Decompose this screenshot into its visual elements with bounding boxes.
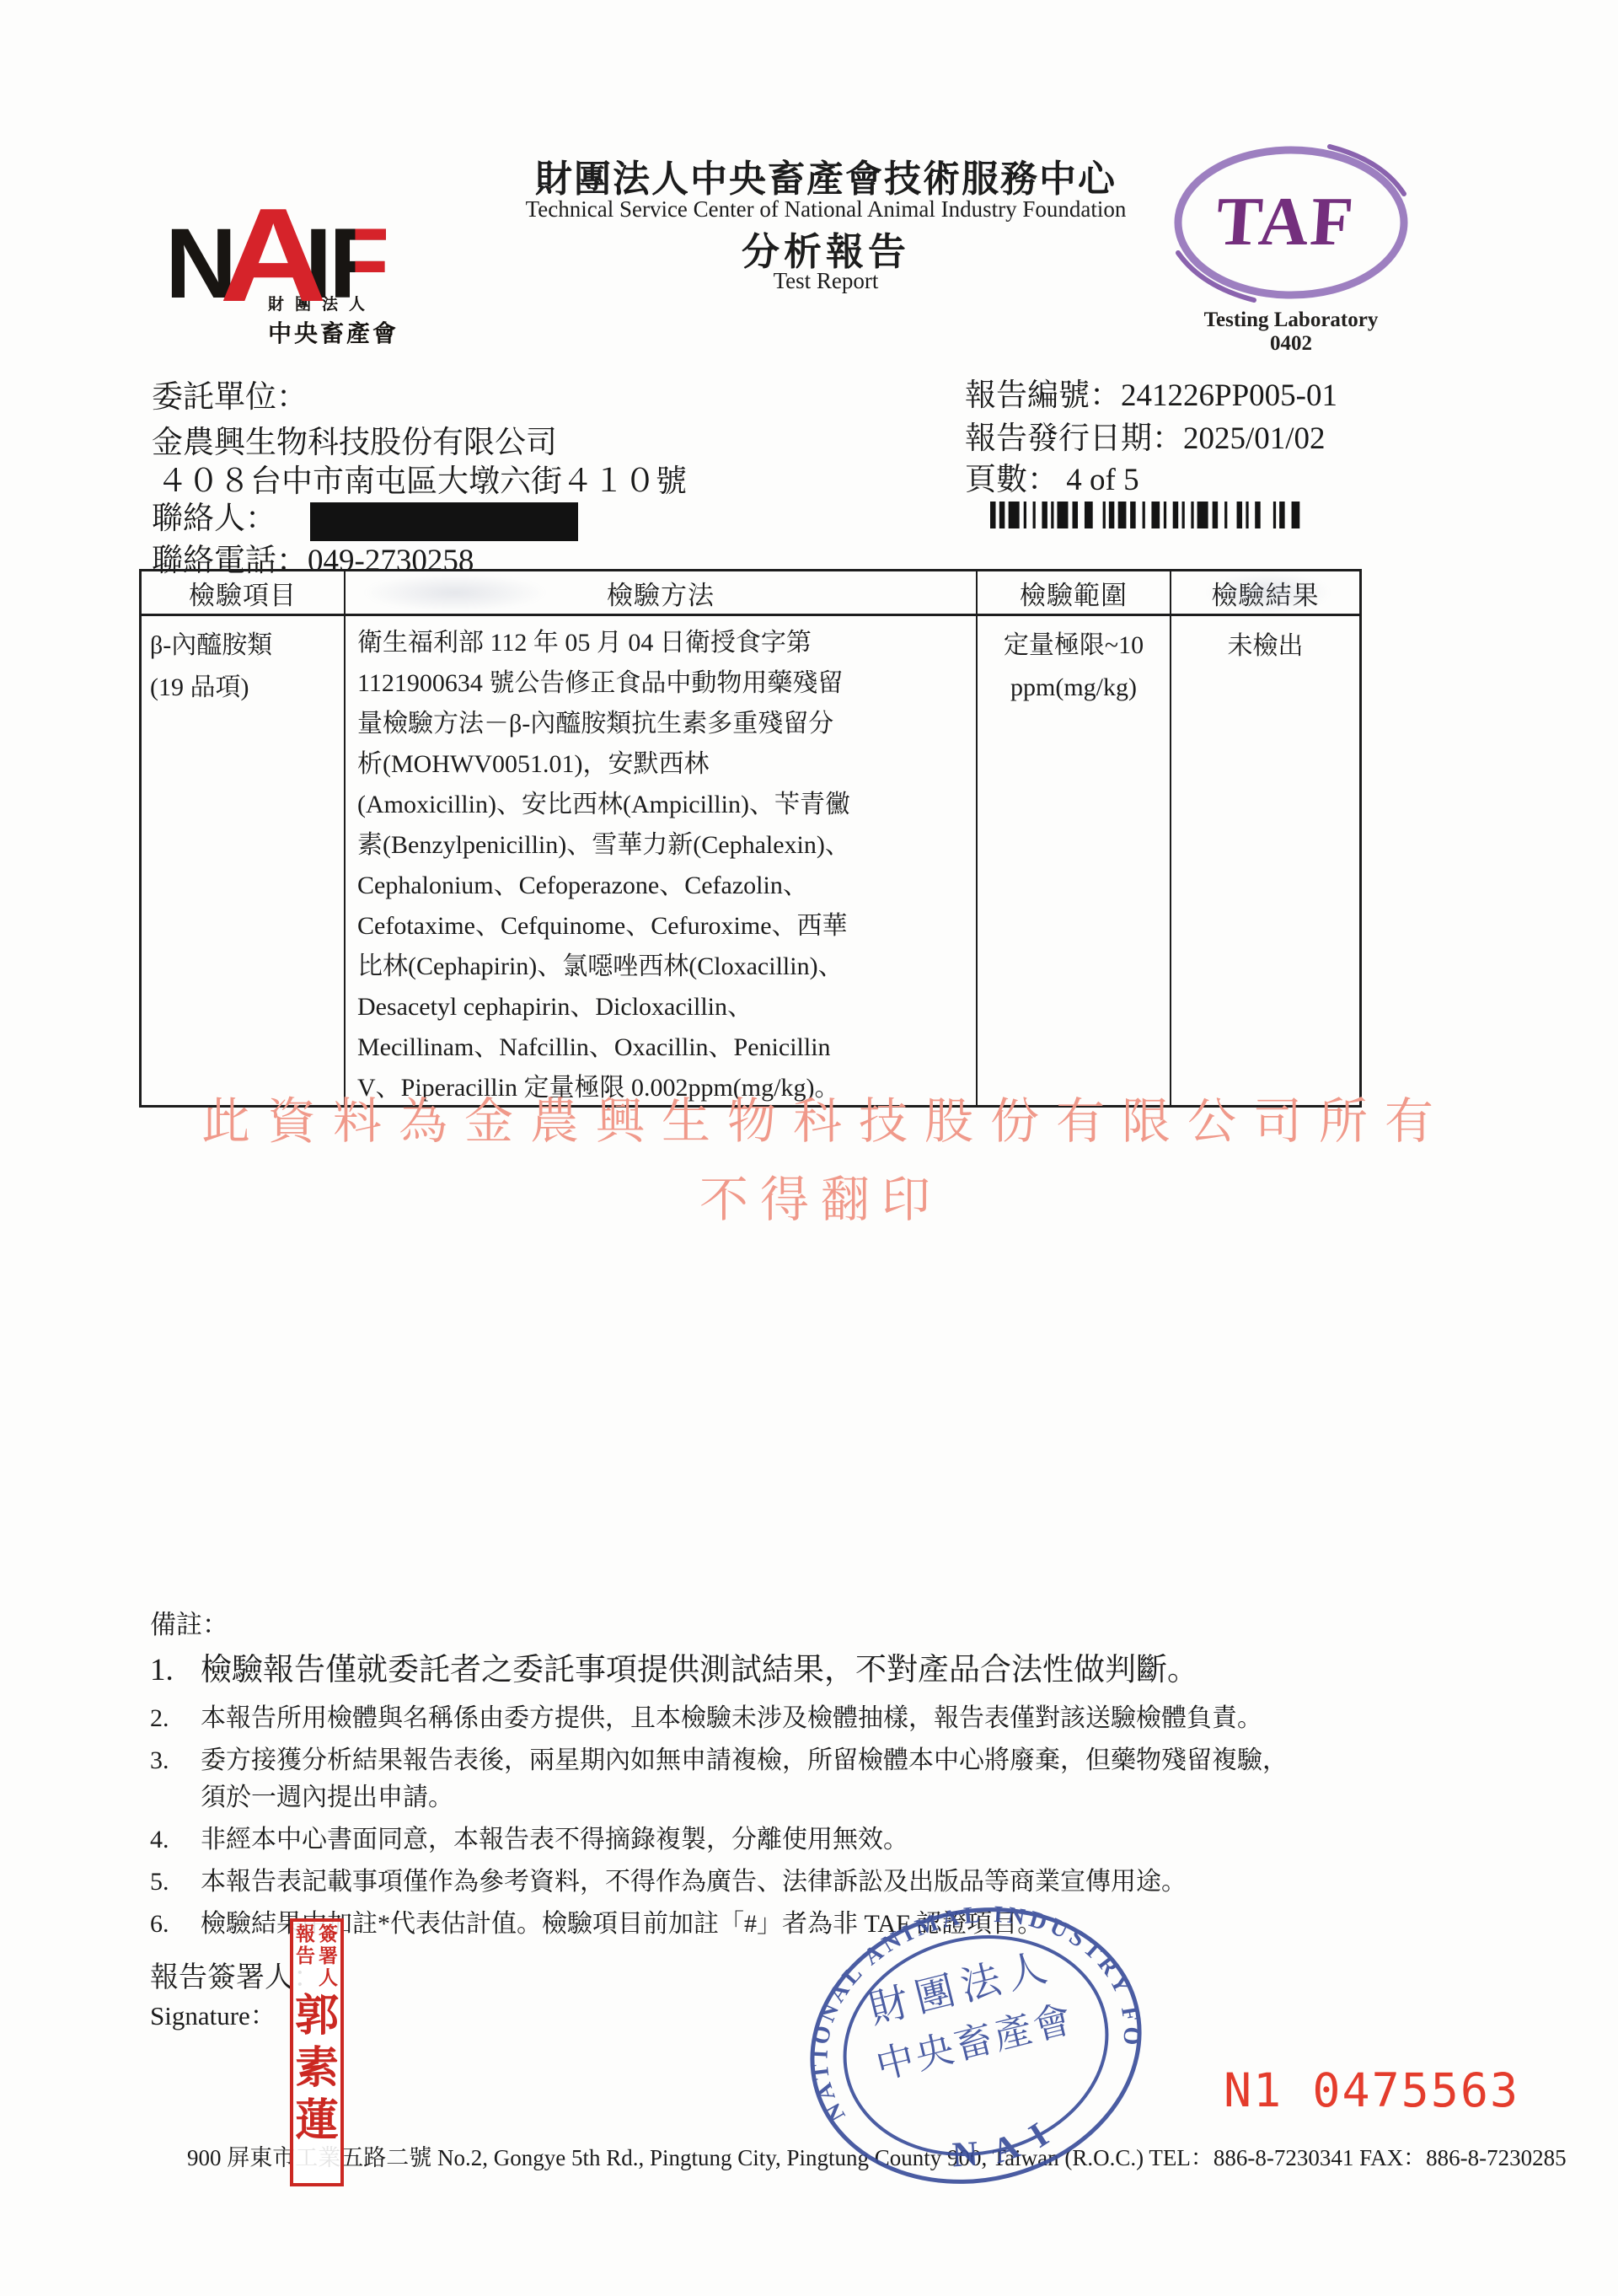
foundation-seal: NATIONAL ANIMAL INDUSTRY FOUNDATION NAIF… [782,1890,1173,2213]
signer-stamp-name: 郭素蓮 [293,1991,340,2148]
header-test-range: 檢驗範圍 [978,571,1171,616]
taf-logo: TAF Testing Laboratory 0402 [1165,142,1417,356]
naif-letter-a: A [220,189,324,322]
seal-ring-text: NATIONAL ANIMAL INDUSTRY FOUNDATION [782,1890,1152,2138]
note-number: 5. [150,1864,201,1901]
page-count-line: 頁數： 4 of 5 [965,453,1139,499]
barcode [990,502,1304,528]
stamp-col-right: 簽署人 [319,1923,338,1989]
header-test-method: 檢驗方法 [346,571,978,616]
taf-logo-ellipse: TAF [1165,142,1417,307]
report-title-en: Test Report [371,268,1281,294]
contact-person-label: 聯絡人： [152,502,276,536]
signer-stamp: 簽署人 報告 郭素蓮 [290,1918,344,2186]
taf-label: Testing Laboratory [1165,308,1417,332]
cell-test-range: 定量極限~10 ppm(mg/kg) [978,616,1171,1105]
serial-number: N1 0475563 [1224,2063,1519,2117]
note-text: 委方接獲分析結果報告表後，兩星期內如無申請複檢，所留檢體本中心將廢棄，但藥物殘留… [201,1742,1288,1816]
watermark-line2: 不得翻印 [0,1160,1618,1231]
note-text: 檢驗報告僅就委託者之委託事項提供測試結果，不對產品合法性做判斷。 [201,1651,1198,1690]
note-number: 1. [150,1651,201,1690]
org-title-zh: 財團法人中央畜產會技術服務中心 [371,148,1281,202]
org-title-en: Technical Service Center of National Ani… [371,196,1281,223]
note-item-4: 4. 非經本中心書面同意，本報告表不得摘錄複製，分離使用無效。 [150,1821,1498,1859]
note-text: 本報告所用檢體與名稱係由委方提供，且本檢驗未涉及檢體抽樣，報告表僅對該送驗檢體負… [201,1700,1262,1737]
cell-test-item: β-內醯胺類 (19 品項) [142,616,346,1105]
test-item-count: (19 品項) [150,667,339,709]
stamp-col-left: 報告 [296,1923,315,1989]
test-range-line1: 定量極限~10 [981,625,1166,667]
signer-stamp-title: 簽署人 報告 [293,1922,340,1991]
test-range-line2: ppm(mg/kg) [981,667,1166,709]
contact-person-line: 聯絡人： [152,492,578,541]
header-test-result: 檢驗結果 [1171,571,1359,616]
header-test-item: 檢驗項目 [142,571,346,616]
taf-letters: TAF [1213,183,1357,260]
test-item-name: β-內醯胺類 [150,625,339,667]
cell-test-result: 未檢出 [1171,616,1359,1105]
issue-date-line: 報告發行日期：2025/01/02 [965,412,1326,458]
note-number: 2. [150,1700,201,1737]
signer-label-en: Signature： [150,1994,276,2032]
results-table: 檢驗項目 檢驗方法 檢驗範圍 檢驗結果 β-內醯胺類 (19 品項) 衛生福利部… [139,569,1362,1108]
note-item-1: 1. 檢驗報告僅就委託者之委託事項提供測試結果，不對產品合法性做判斷。 [150,1651,1498,1690]
note-number: 6. [150,1906,201,1943]
note-text: 非經本中心書面同意，本報告表不得摘錄複製，分離使用無效。 [201,1821,908,1859]
client-label: 委託單位： [152,371,308,416]
table-header-row: 檢驗項目 檢驗方法 檢驗範圍 檢驗結果 [142,571,1359,616]
taf-number: 0402 [1165,332,1417,356]
note-number: 4. [150,1821,201,1859]
test-report-page: NAIF 財團法人 中央畜產會 財團法人中央畜產會技術服務中心 Technica… [0,0,1618,2296]
note-number: 3. [150,1742,201,1779]
report-number-line: 報告編號：241226PP005-01 [965,369,1337,415]
note-item-2: 2. 本報告所用檢體與名稱係由委方提供，且本檢驗未涉及檢體抽樣，報告表僅對該送驗… [150,1700,1498,1737]
notes-label: 備註： [150,1603,1498,1641]
cell-test-method: 衛生福利部 112 年 05 月 04 日衛授食字第1121900634 號公告… [346,616,978,1105]
table-row: β-內醯胺類 (19 品項) 衛生福利部 112 年 05 月 04 日衛授食字… [142,616,1359,1105]
note-item-3: 3. 委方接獲分析結果報告表後，兩星期內如無申請複檢，所留檢體本中心將廢棄，但藥… [150,1742,1498,1816]
